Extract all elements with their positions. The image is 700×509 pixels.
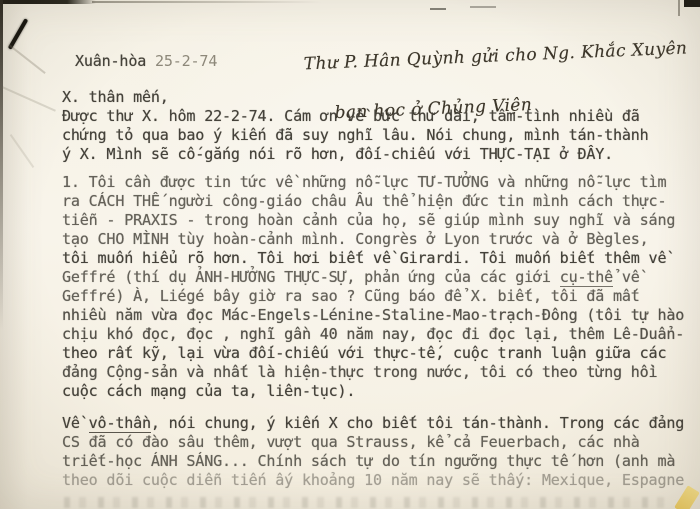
- typed-segment: , nói chung, ý kiến X cho biết tôi tán-t…: [151, 414, 684, 432]
- date-line: Xuân-hòa 25-2-74: [75, 52, 217, 70]
- typed-segment: Về: [62, 414, 89, 432]
- scan-edge-left-artifact: [0, 0, 3, 330]
- typed-line: Geffré) À, Liégé bây giờ ra sao ? Cũng b…: [62, 287, 700, 306]
- scan-edge-top-artifact: [0, 0, 96, 4]
- typed-line: CS đã có đào sâu thêm, vượt qua Strauss,…: [62, 433, 700, 452]
- typed-line: ra CÁCH THẾ người công-giáo châu Âu thể …: [62, 192, 700, 211]
- underlined-word: cụ-thể: [560, 268, 613, 287]
- typed-line: đảng Cộng-sản và nhất là hiện-thực trong…: [62, 363, 700, 382]
- typed-line: tiễn - PRAXIS - trong hoàn cảnh của họ, …: [62, 211, 700, 230]
- paragraph-1: Được thư X. hôm 22-2-74. Cám ơn về bức t…: [62, 107, 700, 164]
- paragraph-3: Về vô-thần, nói chung, ý kiến X cho biết…: [62, 414, 700, 490]
- typed-line: 1. Tôi cần được tin tức về những nỗ-lực …: [62, 173, 700, 192]
- typed-line-faded: theo dõi cuộc diễn tiến ấy khoảng 10 năm…: [62, 471, 700, 490]
- paragraph-2: 1. Tôi cần được tin tức về những nỗ-lực …: [62, 173, 700, 401]
- date-line-date: 25-2-74: [155, 52, 217, 70]
- typed-line: Được thư X. hôm 22-2-74. Cám ơn về bức t…: [62, 107, 700, 126]
- typed-line: tôi muốn hiểu rõ hơn. Tôi hơi biết về Gi…: [62, 249, 700, 268]
- typed-line-with-underline: Geffré (thí dụ ẢNH-HƯỞNG THỰC-SỰ, phản ứ…: [62, 268, 700, 287]
- typed-line: triết-học ÁNH SÁNG... Chính sách tự do t…: [62, 452, 700, 471]
- typed-line: nhiều năm vừa đọc Mác-Engels-Lénine-Stal…: [62, 306, 700, 325]
- typed-segment: Geffré (thí dụ ẢNH-HƯỞNG THỰC-SỰ, phản ứ…: [62, 268, 560, 286]
- scan-smudge-artifact: [8, 44, 45, 74]
- scan-smudge3-artifact: [10, 134, 35, 168]
- typed-segment: về: [613, 268, 640, 286]
- typed-line: chứng tỏ qua bao ý kiến đã suy nghĩ lâu.…: [62, 126, 700, 145]
- scan-smudge2-artifact: [2, 86, 56, 111]
- typed-line: chịu khó đọc, đọc , nghĩ gần 40 năm nay,…: [62, 325, 700, 344]
- underlined-word: vô-thần: [89, 414, 151, 433]
- scan-corner-topright-artifact: [684, 0, 700, 7]
- scan-edge-top-fade-artifact: [92, 1, 322, 3]
- salutation: X. thân mến,: [62, 88, 700, 107]
- scan-top-dash2-artifact: [470, 6, 496, 8]
- typed-line-with-underline: Về vô-thần, nói chung, ý kiến X cho biết…: [62, 414, 700, 433]
- annotation-line-1: Thư P. Hân Quỳnh gửi cho Ng. Khắc Xuyên: [303, 38, 687, 74]
- scan-top-dash-artifact: [430, 8, 446, 10]
- scanned-letter-page: Thư P. Hân Quỳnh gửi cho Ng. Khắc Xuyên …: [0, 0, 700, 509]
- typed-line: theo rất kỹ, lại vừa đối-chiếu với thực-…: [62, 344, 700, 363]
- typed-line: cuộc cách mạng của ta, liên-tục).: [62, 382, 700, 401]
- typed-line: tạo CHO MÌNH tùy hoàn-cảnh mình. Congrès…: [62, 230, 700, 249]
- pen-stroke-artifact: [8, 18, 28, 49]
- cutoff-line-artifact: [64, 497, 676, 508]
- typed-line: ý X. Mình sẽ cố-gắng nói rõ hơn, đối-chi…: [62, 145, 700, 164]
- typed-body: X. thân mến, Được thư X. hôm 22-2-74. Cá…: [62, 88, 700, 490]
- date-line-place: Xuân-hòa: [75, 52, 155, 70]
